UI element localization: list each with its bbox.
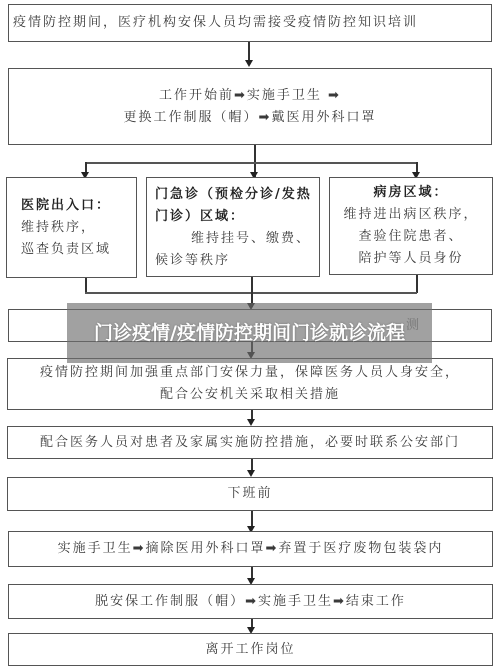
branch-line: 维持挂号、缴费、 xyxy=(155,228,311,250)
branch-ward-area: 病房区域： 维持进出病区秩序， 查验住院患者、 陪护等人员身份 xyxy=(329,177,493,275)
step-remove-uniform: 脱安保工作制服（帽）➡实施手卫生➡结束工作 xyxy=(8,584,493,619)
overlay-title: 门诊疫情/疫情防控期间门诊就诊流程 xyxy=(67,303,432,363)
step-leave-post-text: 离开工作岗位 xyxy=(205,639,295,661)
branch-title: 病房区域： xyxy=(373,182,448,204)
step-security-strengthen: 疫情防控期间加强重点部门安保力量，保障医务人员人身安全， 配合公安机关采取相关措… xyxy=(7,358,493,410)
step-leave-post: 离开工作岗位 xyxy=(8,633,493,666)
connector xyxy=(85,162,417,164)
step-training-text: 疫情防控期间，医疗机构安保人员均需接受疫情防控知识培训 xyxy=(13,12,418,34)
step-security-line1: 疫情防控期间加强重点部门安保力量，保障医务人员人身安全， xyxy=(40,362,460,384)
branch-line: 维持秩序， xyxy=(21,217,96,239)
connector xyxy=(248,42,250,61)
step-training: 疫情防控期间，医疗机构安保人员均需接受疫情防控知识培训 xyxy=(8,4,492,42)
step-start-work-line2: 更换工作制服（帽）➡戴医用外科口罩 xyxy=(124,107,377,129)
step-security-line2: 配合公安机关采取相关措施 xyxy=(160,384,340,406)
branch-hospital-entrance: 医院出入口： 维持秩序， 巡查负责区域 xyxy=(6,177,137,278)
connector xyxy=(85,278,87,293)
step-remove-mask: 实施手卫生➡摘除医用外科口罩➡弃置于医疗废物包装袋内 xyxy=(8,531,493,567)
branch-line: 陪护等人员身份 xyxy=(358,248,463,270)
step-remove-mask-text: 实施手卫生➡摘除医用外科口罩➡弃置于医疗废物包装袋内 xyxy=(58,538,444,560)
arrow-down-icon xyxy=(247,470,255,477)
step-cooperate: 配合医务人员对患者及家属实施防控措施，必要时联系公安部门 xyxy=(7,426,493,459)
step-cooperate-text: 配合医务人员对患者及家属实施防控措施，必要时联系公安部门 xyxy=(40,432,460,454)
branch-outpatient-area: 门急诊（预检分诊/发热门诊）区域： 维持挂号、缴费、 候诊等秩序 xyxy=(146,177,320,277)
overlay-title-text: 门诊疫情/疫情防控期间门诊就诊流程 xyxy=(94,320,405,346)
branch-line: 候诊等秩序 xyxy=(155,250,230,272)
branch-title: 医院出入口： xyxy=(21,195,111,217)
step-remove-uniform-text: 脱安保工作制服（帽）➡实施手卫生➡结束工作 xyxy=(95,591,406,613)
step-before-off-duty: 下班前 xyxy=(7,477,493,511)
step-start-work-line1: 工作开始前➡实施手卫生 ➡ xyxy=(159,85,341,107)
branch-line: 巡查负责区域 xyxy=(21,239,111,261)
branch-line: 查验住院患者、 xyxy=(358,226,463,248)
step-start-work: 工作开始前➡实施手卫生 ➡ 更换工作制服（帽）➡戴医用外科口罩 xyxy=(8,68,492,145)
arrow-down-icon xyxy=(247,419,255,426)
connector xyxy=(416,275,418,293)
branch-line: 维持进出病区秩序， xyxy=(343,204,478,226)
step-before-off-duty-text: 下班前 xyxy=(227,483,272,505)
arrow-down-icon xyxy=(245,60,253,67)
branch-title: 门急诊（预检分诊/发热门诊）区域： xyxy=(155,184,315,228)
